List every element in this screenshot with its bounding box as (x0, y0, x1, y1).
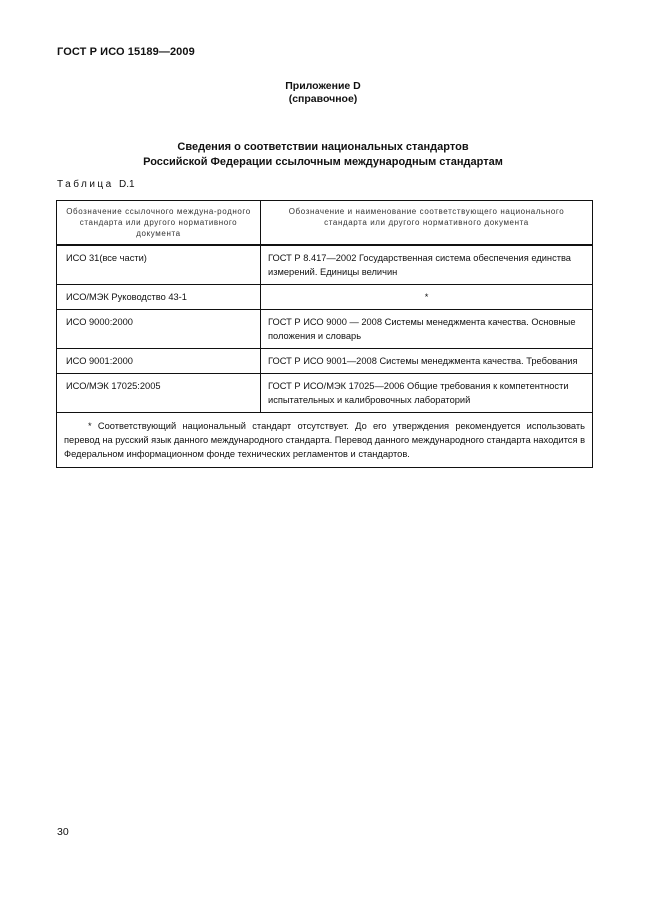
correspondence-table: Обозначение ссылочного междуна-родного с… (56, 200, 593, 468)
table-caption-label: Таблица (57, 179, 114, 190)
annex-title: Приложение D (0, 80, 646, 93)
standard-id-header: ГОСТ Р ИСО 15189—2009 (57, 46, 195, 58)
cell-reference: ИСО 31(все части) (57, 245, 261, 285)
table-footnote-row: * Соответствующий национальный стандарт … (57, 413, 593, 468)
table-footnote: * Соответствующий национальный стандарт … (57, 413, 593, 468)
document-title: Сведения о соответствии национальных ста… (0, 140, 646, 170)
table-caption: Таблица D.1 (57, 179, 135, 190)
table-row: ИСО 9001:2000 ГОСТ Р ИСО 9001—2008 Систе… (57, 349, 593, 374)
cell-national: ГОСТ Р ИСО 9000 — 2008 Системы менеджмен… (261, 310, 593, 349)
cell-national: * (261, 285, 593, 310)
page-number: 30 (57, 826, 69, 838)
document-title-line-2: Российской Федерации ссылочным междунаро… (0, 155, 646, 170)
cell-national: ГОСТ Р ИСО/МЭК 17025—2006 Общие требован… (261, 374, 593, 413)
annex-heading: Приложение D (справочное) (0, 80, 646, 106)
table-caption-number: D.1 (119, 179, 135, 190)
cell-national: ГОСТ Р ИСО 9001—2008 Системы менеджмента… (261, 349, 593, 374)
document-title-line-1: Сведения о соответствии национальных ста… (0, 140, 646, 155)
annex-type: (справочное) (0, 93, 646, 106)
table-row: ИСО 9000:2000 ГОСТ Р ИСО 9000 — 2008 Сис… (57, 310, 593, 349)
cell-reference: ИСО 9001:2000 (57, 349, 261, 374)
header-national-standard: Обозначение и наименование соответствующ… (261, 201, 593, 246)
header-reference-standard: Обозначение ссылочного междуна-родного с… (57, 201, 261, 246)
table-header-row: Обозначение ссылочного междуна-родного с… (57, 201, 593, 246)
cell-reference: ИСО/МЭК 17025:2005 (57, 374, 261, 413)
table-row: ИСО/МЭК 17025:2005 ГОСТ Р ИСО/МЭК 17025—… (57, 374, 593, 413)
cell-reference: ИСО 9000:2000 (57, 310, 261, 349)
table-row: ИСО/МЭК Руководство 43-1 * (57, 285, 593, 310)
table-row: ИСО 31(все части) ГОСТ Р 8.417—2002 Госу… (57, 245, 593, 285)
cell-reference: ИСО/МЭК Руководство 43-1 (57, 285, 261, 310)
cell-national: ГОСТ Р 8.417—2002 Государственная систем… (261, 245, 593, 285)
